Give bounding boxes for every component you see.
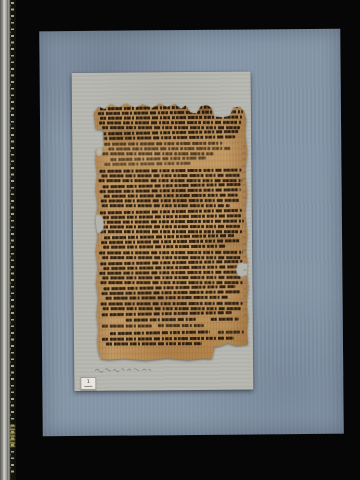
- margin-mark: [243, 256, 246, 257]
- margin-mark: [242, 146, 246, 147]
- handwritten-caption: [94, 360, 154, 373]
- papyrus-fragment: [94, 100, 249, 361]
- margin-mark: [243, 282, 246, 283]
- script-line: [102, 225, 240, 228]
- ruler-minor-tick-marks: [9, 5, 11, 475]
- script-line: [101, 199, 241, 202]
- script-line: [99, 251, 243, 254]
- margin-mark: [243, 198, 247, 199]
- margin-mark: [242, 165, 245, 166]
- script-line: [103, 265, 240, 270]
- script-line: [103, 307, 241, 310]
- script-line: [103, 183, 241, 188]
- script-line: [106, 296, 230, 300]
- margin-mark: [242, 159, 245, 160]
- photo-stage: 1: [0, 0, 360, 480]
- margin-mark: [243, 178, 246, 179]
- script-line: [158, 324, 204, 327]
- lacuna-patch: [93, 215, 104, 233]
- inventory-label-line: [84, 386, 92, 387]
- script-line: [102, 126, 240, 129]
- script-line: [218, 330, 244, 333]
- script-line: [101, 239, 240, 244]
- margin-mark: [243, 269, 246, 270]
- script-line: [104, 142, 222, 146]
- script-line: [110, 330, 210, 335]
- margin-mark: [243, 217, 246, 218]
- inventory-label: 1: [80, 377, 96, 390]
- lacuna-patch: [96, 147, 102, 156]
- margin-mark: [243, 191, 246, 192]
- script-line: [99, 271, 241, 275]
- margin-mark: [244, 308, 247, 309]
- script-line: [98, 110, 243, 115]
- margin-mark: [243, 276, 247, 277]
- papyrus-surface: [94, 100, 249, 361]
- script-line: [110, 156, 206, 160]
- script-line: [101, 302, 243, 305]
- margin-mark: [243, 263, 246, 264]
- script-line: [102, 152, 214, 155]
- script-line: [103, 245, 225, 249]
- script-line: [106, 342, 202, 345]
- mat-board: 1: [39, 29, 344, 437]
- script-line: [100, 188, 241, 193]
- script-line: [101, 135, 235, 140]
- script-line: [104, 234, 234, 239]
- ruler-tick-marks: [11, 2, 15, 476]
- margin-mark: [244, 302, 248, 303]
- script-line: [103, 214, 242, 219]
- script-line: [126, 318, 196, 322]
- script-line: [104, 162, 190, 166]
- script-line: [102, 256, 242, 259]
- script-line: [104, 194, 238, 198]
- script-line: [211, 318, 239, 321]
- ruler: [0, 0, 16, 480]
- script-line: [102, 324, 152, 327]
- script-line: [100, 116, 242, 120]
- script-line: [102, 204, 230, 207]
- script-line: [102, 290, 242, 295]
- margin-mark: [243, 289, 246, 290]
- script-line: [99, 220, 244, 224]
- ruler-brand-mark: [10, 425, 15, 447]
- script-line: [101, 174, 241, 177]
- script-line: [100, 130, 240, 135]
- inventory-label-text: 1: [87, 380, 90, 385]
- margin-mark: [242, 172, 246, 173]
- margin-mark: [243, 185, 246, 186]
- script-line: [102, 337, 234, 341]
- script-line: [102, 311, 232, 316]
- margin-mark: [243, 237, 246, 238]
- margin-mark: [243, 204, 246, 205]
- script-line: [102, 276, 241, 279]
- script-line: [100, 230, 242, 233]
- margin-mark: [244, 315, 247, 316]
- script-line: [99, 179, 243, 182]
- margin-line-numbers: [242, 146, 250, 322]
- margin-mark: [243, 230, 246, 231]
- margin-mark: [244, 295, 247, 296]
- script-line: [99, 121, 242, 124]
- margin-mark: [243, 243, 246, 244]
- script-line: [100, 260, 243, 265]
- script-line: [99, 169, 241, 173]
- script-line: [108, 147, 230, 150]
- script-line: [100, 209, 242, 214]
- script-line: [100, 105, 241, 110]
- script-line: [100, 281, 243, 284]
- margin-mark: [243, 211, 246, 212]
- mount-board: 1: [72, 71, 254, 391]
- margin-mark: [243, 250, 247, 251]
- margin-mark: [243, 224, 247, 225]
- papyrus-lines: [94, 100, 247, 101]
- script-line: [103, 285, 235, 290]
- margin-mark: [242, 152, 245, 153]
